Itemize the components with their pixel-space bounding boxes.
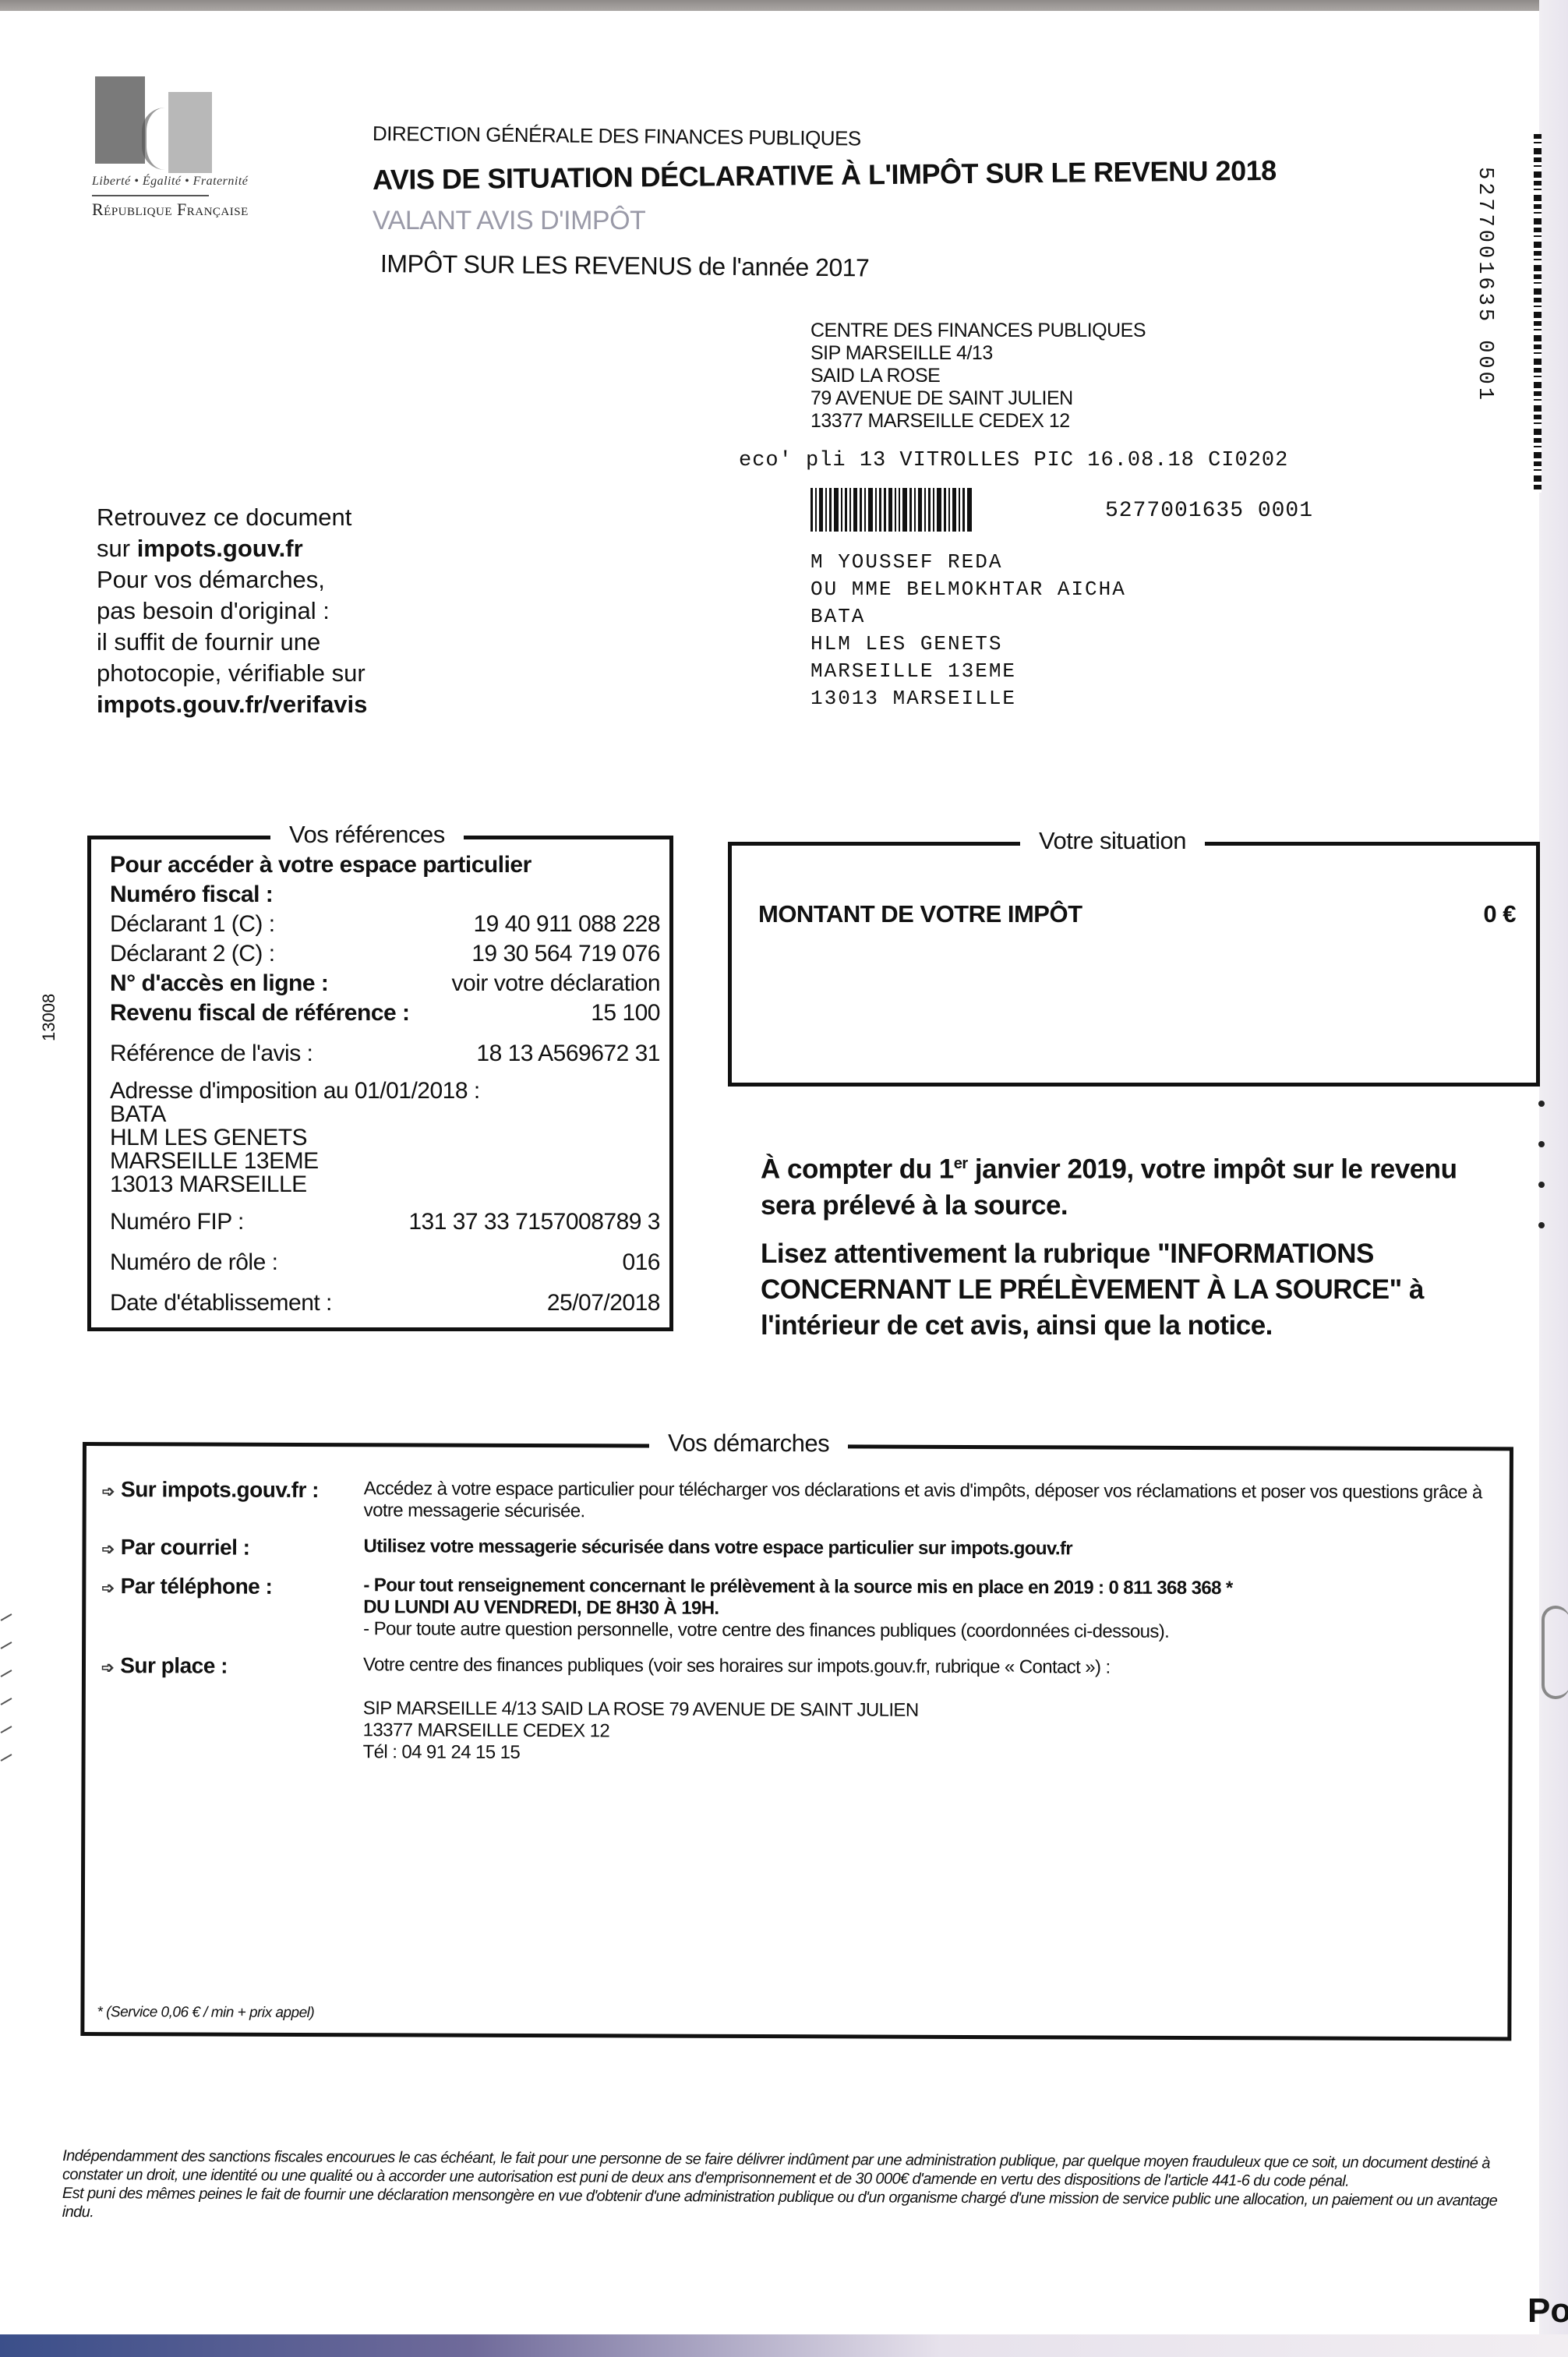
online-info: Retrouvez ce document sur impots.gouv.fr… [97,502,367,720]
references-legend: Vos références [270,821,464,849]
fiscal-number-heading: Numéro fiscal : [110,880,660,910]
legal-paragraph: Est puni des mêmes peines le fait de fou… [62,2184,1512,2229]
field-label: Date d'établissement : [110,1288,332,1318]
tax-amount-label: MONTANT DE VOTRE IMPÔT [758,900,1082,928]
procedure-email: ➩Par courriel : Utilisez votre messageri… [101,1535,1493,1564]
fip-value: 131 37 33 7157008789 3 [408,1207,660,1237]
tax-address-line: MARSEILLE 13EME [110,1150,660,1173]
postal-eco-line: eco' pli 13 VITROLLES PIC 16.08.18 CI020… [739,449,1288,472]
field-label: Numéro FIP : [110,1207,244,1237]
phone-cost-footnote: * (Service 0,06 € / min + prix appel) [97,2004,314,2022]
procedure-text: Votre centre des finances publiques (voi… [363,1654,1493,1680]
recipient-address: M YOUSSEF REDA OU MME BELMOKHTAR AICHA B… [810,549,1126,712]
declarant1-row: Déclarant 1 (C) : 19 40 911 088 228 [110,910,660,939]
procedure-phone: ➩Par téléphone : - Pour tout renseigneme… [101,1574,1493,1644]
office-address-line: 13377 MARSEILLE CEDEX 12 [363,1719,1493,1745]
sender-line: SIP MARSEILLE 4/13 [810,342,1146,365]
procedures-box: Vos démarches ➩Sur impots.gouv.fr : Accé… [80,1442,1513,2041]
access-heading: Pour accéder à votre espace particulier [110,850,660,880]
declarant2-value: 19 30 564 719 076 [471,939,660,969]
barcode-number: 5277001635 0001 [1105,499,1313,523]
rfr-value: 15 100 [591,998,660,1028]
field-label: Revenu fiscal de référence : [110,998,410,1028]
document-title: AVIS DE SITUATION DÉCLARATIVE À L'IMPÔT … [373,154,1277,196]
read-carefully-paragraph: Lisez attentivement la rubrique "INFORMA… [761,1236,1509,1344]
notice-sup: er [954,1155,968,1172]
online-info-text: sur [97,535,137,562]
recipient-line: MARSEILLE 13EME [810,658,1126,685]
republique-francaise-logo: Liberté • Égalité • Fraternité Républiqu… [92,76,326,240]
role-value: 016 [622,1248,660,1277]
procedure-online: ➩Sur impots.gouv.fr : Accédez à votre es… [102,1477,1494,1525]
side-barcode-icon [1534,134,1542,493]
withholding-notice: À compter du 1er janvier 2019, votre imp… [761,1146,1509,1344]
income-year: IMPÔT SUR LES REVENUS de l'année 2017 [380,249,870,282]
date-row: Date d'établissement : 25/07/2018 [110,1288,660,1318]
recipient-line: M YOUSSEF REDA [810,549,1126,576]
direction-name: DIRECTION GÉNÉRALE DES FINANCES PUBLIQUE… [373,122,861,151]
recipient-line: HLM LES GENETS [810,631,1126,658]
withholding-paragraph: À compter du 1er janvier 2019, votre imp… [761,1146,1509,1224]
procedure-label: Sur place : [120,1653,228,1678]
sender-line: SAID LA ROSE [810,365,1146,387]
margin-marks [0,1617,16,1785]
legal-notice: Indépendamment des sanctions fiscales en… [62,2147,1512,2229]
tax-address-line: BATA [110,1103,660,1126]
declarant2-row: Déclarant 2 (C) : 19 30 564 719 076 [110,939,660,969]
logo-country: République Française [92,200,249,220]
recipient-line: BATA [810,603,1126,631]
procedure-label: Par courriel : [121,1535,250,1560]
verifavis-link[interactable]: impots.gouv.fr/verifavis [97,691,367,718]
tax-address-line: 13013 MARSEILLE [110,1173,660,1196]
sender-address: CENTRE DES FINANCES PUBLIQUES SIP MARSEI… [810,320,1146,433]
paperclip-icon [1542,1606,1568,1699]
logo-divider [92,195,209,196]
impots-link[interactable]: impots.gouv.fr [137,535,303,562]
punch-holes [1538,1101,1546,1263]
tax-address: Adresse d'imposition au 01/01/2018 : BAT… [110,1080,660,1196]
arrow-right-icon: ➩ [102,1482,115,1501]
situation-box: Votre situation MONTANT DE VOTRE IMPÔT 0… [728,842,1540,1087]
barcode-icon [810,488,1044,532]
margin-code: 13008 [39,994,59,1041]
field-label: Adresse d'imposition au 01/01/2018 : [110,1080,660,1103]
references-box: Vos références Pour accéder à votre espa… [87,836,673,1331]
procedure-label: Par téléphone : [121,1574,273,1599]
phone-other-line: - Pour toute autre question personnelle,… [363,1618,1493,1644]
online-access-value: voir votre déclaration [452,969,660,998]
recipient-line: 13013 MARSEILLE [810,685,1126,712]
procedure-label: Sur impots.gouv.fr : [121,1477,319,1503]
tax-amount-row: MONTANT DE VOTRE IMPÔT 0 € [758,900,1516,928]
online-info-line: il suffit de fournir une [97,627,367,658]
background-bottom [0,2334,1568,2357]
notice-text: À compter du 1 [761,1154,954,1185]
fip-row: Numéro FIP : 131 37 33 7157008789 3 [110,1207,660,1237]
online-info-line: photocopie, vérifiable sur [97,658,367,689]
document-subtitle: VALANT AVIS D'IMPÔT [373,206,645,236]
procedure-onsite: ➩Sur place : Votre centre des finances p… [101,1653,1493,1767]
online-info-line: Pour vos démarches, [97,564,367,595]
field-label: Numéro de rôle : [110,1248,277,1277]
online-info-line: Retrouvez ce document [97,502,367,533]
sender-line: 13377 MARSEILLE CEDEX 12 [810,410,1146,433]
corner-text: Po [1527,2292,1568,2330]
online-access-row: N° d'accès en ligne : voir votre déclara… [110,969,660,998]
field-label: Déclarant 1 (C) : [110,910,275,939]
field-label: Déclarant 2 (C) : [110,939,275,969]
arrow-right-icon: ➩ [101,1539,114,1559]
online-info-line: sur impots.gouv.fr [97,533,367,564]
logo-motto: Liberté • Égalité • Fraternité [92,175,326,189]
sender-line: CENTRE DES FINANCES PUBLIQUES [810,320,1146,342]
avis-ref-row: Référence de l'avis : 18 13 A569672 31 [110,1039,660,1069]
arrow-right-icon: ➩ [101,1578,114,1598]
tax-address-line: HLM LES GENETS [110,1126,660,1150]
tax-amount-value: 0 € [1483,900,1516,928]
procedures-legend: Vos démarches [649,1429,848,1458]
procedure-text: Utilisez votre messagerie sécurisée dans… [363,1535,1493,1564]
procedure-text: Accédez à votre espace particulier pour … [364,1478,1494,1525]
side-reference-number: 5277001635 0001 [1465,167,1496,403]
situation-legend: Votre situation [1020,827,1205,855]
rfr-row: Revenu fiscal de référence : 15 100 [110,998,660,1028]
sender-line: 79 AVENUE DE SAINT JULIEN [810,387,1146,410]
marianne-flag-icon [95,76,212,178]
online-info-line: pas besoin d'original : [97,595,367,627]
date-value: 25/07/2018 [547,1288,660,1318]
role-row: Numéro de rôle : 016 [110,1248,660,1277]
office-phone: Tél : 04 91 24 15 15 [363,1741,1493,1767]
tax-notice-page: Liberté • Égalité • Fraternité Républiqu… [0,11,1539,2341]
avis-ref-value: 18 13 A569672 31 [476,1039,660,1069]
field-label: Référence de l'avis : [110,1039,313,1069]
declarant1-value: 19 40 911 088 228 [473,910,660,939]
arrow-right-icon: ➩ [101,1658,114,1677]
field-label: N° d'accès en ligne : [110,969,328,998]
recipient-line: OU MME BELMOKHTAR AICHA [810,576,1126,603]
